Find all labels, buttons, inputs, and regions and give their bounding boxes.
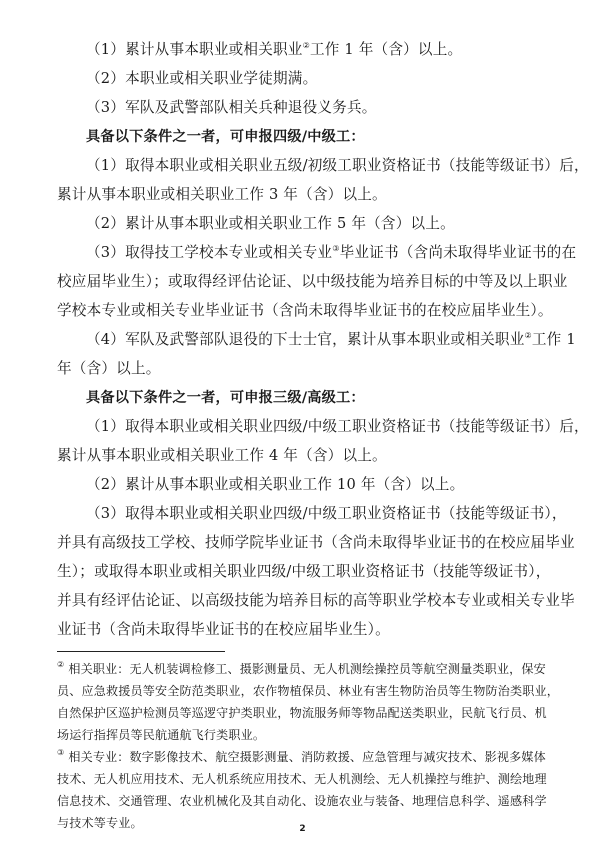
condition-item-cont: 校应届毕业生）；或取得经评估论证、以中级技能为培养目标的中等及以上职业 — [57, 272, 567, 292]
condition-item: （1）累计从事本职业或相关职业②工作 1 年（含）以上。 — [86, 40, 462, 60]
condition-item: （1）取得本职业或相关职业五级/初级工职业资格证书（技能等级证书）后， — [86, 156, 589, 176]
condition-item-cont: 累计从事本职业或相关职业工作 4 年（含）以上。 — [57, 446, 387, 466]
item-text: 毕业证书（含尚未取得毕业证书的在 — [340, 244, 577, 261]
condition-item: （3）取得本职业或相关职业四级/中级工职业资格证书（技能等级证书）， — [86, 504, 567, 524]
footnote-line: ② 相关职业：无人机装调检修工、摄影测量员、无人机测绘操控员等航空测量类职业，保… — [57, 660, 546, 678]
footnote-text: 相关专业：数字影像技术、航空摄影测量、消防救援、应急管理与减灾技术、影视多媒体 — [68, 750, 546, 764]
footnote-line: ③ 相关专业：数字影像技术、航空摄影测量、消防救援、应急管理与减灾技术、影视多媒… — [57, 748, 546, 766]
footnote-line: 场运行指挥员等民航通航飞行类职业。 — [57, 726, 265, 744]
condition-item-cont: 累计从事本职业或相关职业工作 3 年（含）以上。 — [57, 185, 387, 205]
section-heading: 具备以下条件之一者，可申报三级/高级工： — [86, 388, 365, 408]
item-text: （1）累计从事本职业或相关职业 — [86, 41, 303, 58]
condition-item: （2）累计从事本职业或相关职业工作 10 年（含）以上。 — [86, 475, 464, 495]
footnote-ref[interactable]: ② — [303, 41, 310, 50]
item-text: （4）军队及武警部队退役的下士士官，累计从事本职业或相关职业 — [86, 331, 525, 348]
footnote-ref[interactable]: ② — [525, 331, 532, 340]
condition-item-cont: 生）；或取得本职业或相关职业四级/中级工职业资格证书（技能等级证书）， — [57, 562, 551, 582]
item-text: （3）取得技工学校本专业或相关专业 — [86, 244, 332, 261]
footnote-line: 自然保护区巡护检测员等巡逻守护类职业，物流服务师等物品配送类职业，民航飞行员、机 — [57, 704, 547, 722]
condition-item: （4）军队及武警部队退役的下士士官，累计从事本职业或相关职业②工作 1 — [86, 330, 576, 350]
footnote-line: 信息技术、交通管理、农业机械化及其自动化、设施农业与装备、地理信息科学、遥感科学 — [57, 792, 547, 810]
footnote-line: 技术、无人机应用技术、无人机系统应用技术、无人机测绘、无人机操控与维护、测绘地理 — [57, 770, 547, 788]
footnote-divider — [57, 651, 225, 652]
footnote-marker: ② — [57, 660, 64, 669]
condition-item: （2）本职业或相关职业学徒期满。 — [86, 69, 317, 89]
condition-item-cont: 并具有高级技工学校、技师学院毕业证书（含尚未取得毕业证书的在校应届毕业 — [57, 533, 575, 553]
condition-item-cont: 年（含）以上。 — [57, 359, 161, 379]
item-text: 工作 1 年（含）以上。 — [310, 41, 462, 58]
condition-item-cont: 学校本专业或相关专业毕业证书（含尚未取得毕业证书的在校应届毕业生）。 — [57, 301, 553, 321]
footnote-ref[interactable]: ③ — [332, 244, 339, 253]
footnote-line: 员、应急救援员等安全防范类职业，农作物植保员、林业有害生物防治员等生物防治类职业… — [57, 682, 559, 700]
condition-item-cont: 业证书（含尚未取得毕业证书的在校应届毕业生）。 — [57, 620, 390, 640]
condition-item: （1）取得本职业或相关职业四级/中级工职业资格证书（技能等级证书）后， — [86, 417, 589, 437]
footnote-text: 相关职业：无人机装调检修工、摄影测量员、无人机测绘操控员等航空测量类职业，保安 — [68, 662, 546, 676]
condition-item: （2）累计从事本职业或相关职业工作 5 年（含）以上。 — [86, 214, 455, 234]
condition-item: （3）取得技工学校本专业或相关专业③毕业证书（含尚未取得毕业证书的在 — [86, 243, 576, 263]
footnote-marker: ③ — [57, 748, 64, 757]
condition-item-cont: 并具有经评估论证、以高级技能为培养目标的高等职业学校本专业或相关专业毕 — [57, 591, 575, 611]
page-number: 2 — [0, 824, 605, 834]
condition-item: （3）军队及武警部队相关兵种退役义务兵。 — [86, 98, 377, 118]
item-text: 工作 1 — [532, 331, 576, 348]
section-heading: 具备以下条件之一者，可申报四级/中级工： — [86, 127, 365, 147]
